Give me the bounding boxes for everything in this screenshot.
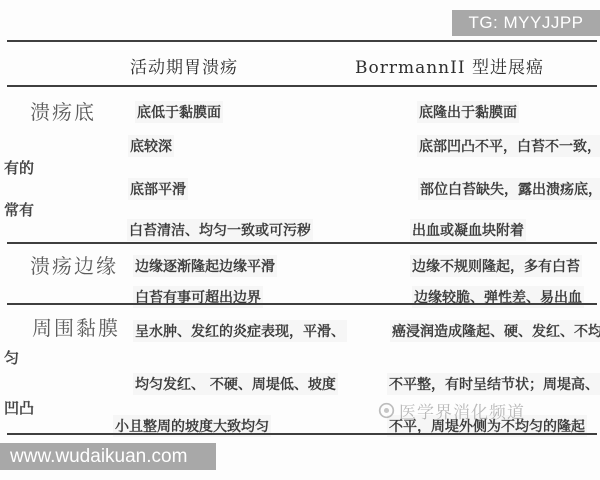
table-cell: 小且整周的坡度大致均匀: [113, 415, 271, 437]
margin-note: 匀: [4, 347, 19, 368]
table-cell: 不平，周堤外侧为不均匀的隆起: [387, 415, 587, 437]
margin-note: 有的: [4, 157, 34, 178]
table-rule-top: [7, 40, 597, 42]
column-header-ulcer: 活动期胃溃疡: [130, 53, 238, 78]
table-cell: 底部凹凸不平，白苔不一致，: [417, 135, 600, 157]
column-header-cancer: BorrmannII 型进展癌: [355, 53, 544, 78]
table-rule-section1: [7, 242, 597, 244]
site-watermark-text: www.wudaikuan.com: [10, 446, 187, 468]
margin-note: 常有: [4, 199, 34, 220]
table-cell: 边缘较脆、弹性差、易出血: [412, 286, 584, 308]
site-watermark: www.wudaikuan.com: [0, 443, 216, 470]
tg-watermark-text: TG: MYYJJPP: [468, 13, 583, 33]
table-cell: 呈水肿、发红的炎症表现，平滑、: [133, 320, 347, 342]
table-cell: 边缘不规则隆起，多有白苔: [410, 255, 582, 277]
table-rule-header: [7, 85, 597, 87]
table-cell: 均匀发红、 不硬、周堤低、坡度: [133, 373, 338, 395]
margin-note: 凹凸: [4, 397, 34, 418]
table-cell: 底隆出于黏膜面: [417, 101, 519, 123]
table-cell: 部位白苔缺失，露出溃疡底，: [418, 178, 600, 200]
table-cell: 癌浸润造成隆起、硬、发红、不均: [390, 320, 600, 342]
table-cell: 边缘逐渐隆起边缘平滑: [133, 255, 277, 277]
table-cell: 出血或凝血块附着: [410, 219, 526, 241]
table-cell: 白苔清洁、均匀一致或可污秽: [127, 219, 313, 241]
table-cell: 白苔有事可超出边界: [133, 286, 263, 308]
section-label-ulcer-base: 溃疡底: [30, 96, 96, 125]
section-label-surrounding-mucosa: 周围黏膜: [32, 312, 120, 341]
table-cell: 底部平滑: [128, 178, 188, 200]
table-cell: 底较深: [128, 135, 174, 157]
document-page: TG: MYYJJPP 活动期胃溃疡 BorrmannII 型进展癌 溃疡底 底…: [0, 0, 600, 480]
tg-watermark: TG: MYYJJPP: [452, 10, 600, 36]
section-label-ulcer-edge: 溃疡边缘: [30, 250, 118, 279]
table-cell: 不平整，有时呈结节状；周堤高、: [387, 373, 600, 395]
table-cell: 底低于黏膜面: [135, 101, 223, 123]
